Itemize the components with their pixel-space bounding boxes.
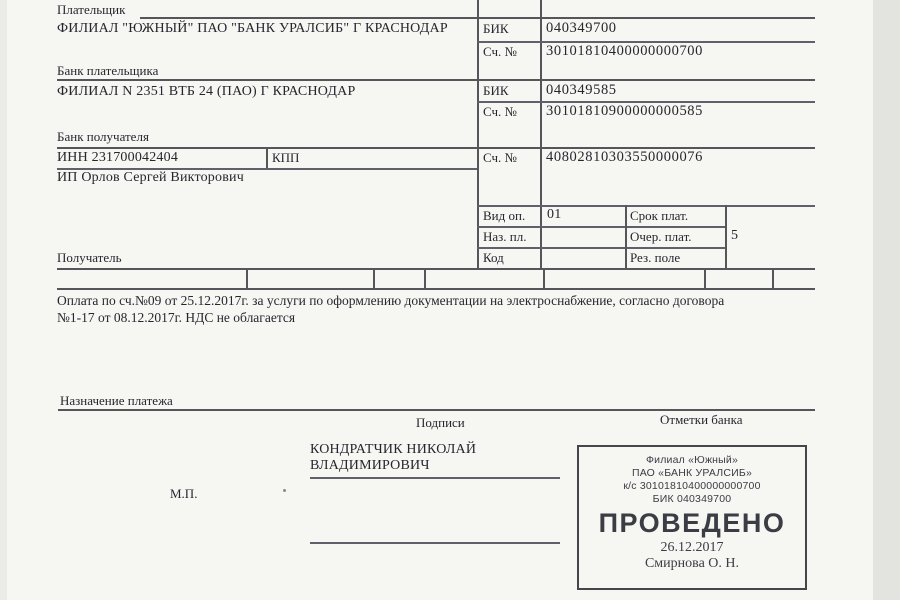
payee-account: 40802810303550000076 [546,150,703,165]
grid-line [57,79,815,81]
grid-line [57,288,815,290]
account-label: Сч. № [483,150,517,165]
vid-op-value: 01 [547,207,561,222]
payee-inn: ИНН 231700042404 [57,150,178,165]
grid-line [625,205,627,268]
stamp-place-label: М.П. [170,486,197,501]
purpose-label: Назначение платежа [60,393,173,408]
kod-label: Код [483,250,504,265]
grid-line [266,147,268,168]
account-label: Сч. № [483,44,517,59]
payer-bank-section-label: Банк плательщика [57,63,158,78]
payer-bank-name: ФИЛИАЛ "ЮЖНЫЙ" ПАО "БАНК УРАЛСИБ" Г КРАС… [57,21,448,36]
ocher-plat-value: 5 [731,228,738,243]
scan-right-edge [873,0,900,600]
scan-left-edge [0,0,7,600]
account-label: Сч. № [483,104,517,119]
purpose-underline [58,409,815,411]
stamp-date: 26.12.2017 [579,540,805,556]
payer-bank-bik: 040349700 [546,21,617,36]
grid-line [424,268,426,288]
grid-line [772,268,774,288]
grid-line [543,268,545,288]
bank-marks-label: Отметки банка [660,412,743,427]
grid-line [477,247,725,249]
payee-bank-name: ФИЛИАЛ N 2351 ВТБ 24 (ПАО) Г КРАСНОДАР [57,84,355,99]
grid-line [477,205,815,207]
signature-line [310,542,560,544]
signature-line [310,477,560,479]
signer-name-line1: КОНДРАТЧИК НИКОЛАЙ [310,442,476,457]
scanned-payment-order: Плательщик ФИЛИАЛ "ЮЖНЫЙ" ПАО "БАНК УРАЛ… [0,0,900,600]
stamp-org-line1: Филиал «Южный» [579,454,805,467]
bik-label: БИК [483,21,509,36]
rez-pole-label: Рез. поле [630,250,680,265]
signer-name-line2: ВЛАДИМИРОВИЧ [310,458,430,473]
payer-bank-account: 30101810400000000700 [546,44,703,59]
ocher-plat-label: Очер. плат. [630,229,692,244]
grid-line [373,268,375,288]
vid-op-label: Вид оп. [483,208,525,223]
purpose-text-line1: Оплата по сч.№09 от 25.12.2017г. за услу… [57,293,724,308]
naz-pl-label: Наз. пл. [483,229,527,244]
payee-bank-section-label: Банк получателя [57,129,149,144]
purpose-text-line2: №1-17 от 08.12.2017г. НДС не облагается [57,310,295,325]
payee-bank-bik: 040349585 [546,83,617,98]
stamp-officer: Смирнова О. Н. [579,556,805,572]
bank-stamp: Филиал «Южный» ПАО «БАНК УРАЛСИБ» к/с 30… [577,445,807,590]
stamp-org-line2: ПАО «БАНК УРАЛСИБ» [579,467,805,480]
signatures-label: Подписи [416,415,465,430]
bik-label: БИК [483,83,509,98]
grid-line [477,226,725,228]
grid-line [140,17,815,19]
grid-line [57,268,815,270]
scan-speck [283,489,286,492]
grid-line [246,268,248,288]
stamp-status: ПРОВЕДЕНО [579,508,805,538]
grid-line [725,205,727,268]
stamp-corr-account: к/с 30101810400000000700 [579,480,805,493]
payee-section-label: Получатель [57,250,122,265]
payer-label: Плательщик [57,2,125,17]
grid-line [704,268,706,288]
payee-name: ИП Орлов Сергей Викторович [57,170,244,185]
kpp-label: КПП [272,150,299,165]
stamp-bik: БИК 040349700 [579,493,805,506]
srok-plat-label: Срок плат. [630,208,688,223]
payee-bank-account: 30101810900000000585 [546,104,703,119]
